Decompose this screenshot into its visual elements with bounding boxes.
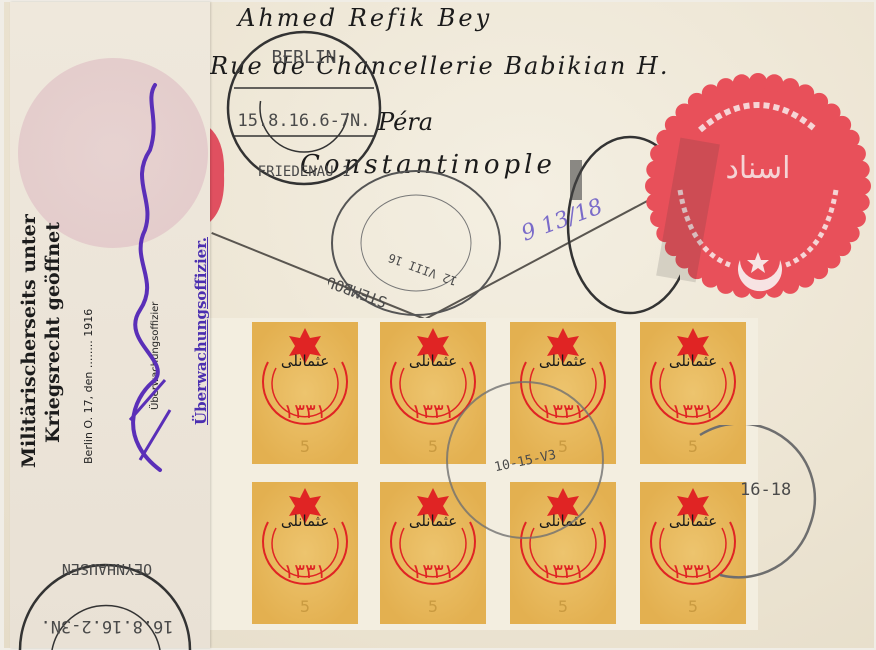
svg-text:عثمانلى: عثمانلى (669, 352, 717, 370)
svg-text:STEMBOUL: STEMBOUL (328, 270, 389, 312)
censor-signature (100, 80, 190, 480)
censor-heading-line1: Militärischerseits unter (18, 214, 40, 468)
censor-place-date: Berlin O. 17, den ........ 1916 (82, 309, 95, 464)
addressee-district: Péra (378, 108, 433, 136)
svg-text:5: 5 (300, 437, 310, 456)
stamp: عثمانلى١٣٣١5 (252, 322, 358, 464)
svg-text:5: 5 (300, 597, 310, 616)
svg-text:١٣٣١: ١٣٣١ (542, 559, 585, 583)
svg-text:عثمانلى: عثمانلى (281, 352, 329, 370)
censor-officer-stamp: Überwachungsoffizier. (192, 237, 210, 425)
svg-text:اسناد: اسناد (725, 151, 790, 186)
svg-text:عثمانلى: عثمانلى (409, 352, 457, 370)
svg-text:عثمانلى: عثمانلى (281, 512, 329, 530)
svg-text:15.8.16.6-7N.: 15.8.16.6-7N. (237, 111, 370, 131)
svg-text:5: 5 (428, 437, 438, 456)
svg-text:5: 5 (688, 597, 698, 616)
svg-text:BERLIN: BERLIN (271, 47, 336, 68)
postmark-over-stamps: 10-15-V3 (440, 375, 610, 545)
svg-text:عثمانلى: عثمانلى (539, 352, 587, 370)
svg-text:١٣٣١: ١٣٣١ (672, 399, 715, 423)
svg-text:5: 5 (428, 597, 438, 616)
svg-text:5: 5 (558, 597, 568, 616)
svg-text:16-18: 16-18 (740, 480, 791, 500)
svg-text:١٣٣١: ١٣٣١ (284, 559, 327, 583)
red-wax-seal: اسناد (640, 60, 872, 310)
svg-text:12 VIII 16: 12 VIII 16 (386, 250, 459, 288)
postmark-right: 16-18 (660, 425, 830, 585)
postmark-oeynhausen: OEYNHAUSEN 16.8.16.2-3N. (12, 540, 202, 650)
svg-text:OEYNHAUSEN: OEYNHAUSEN (62, 560, 152, 578)
postmark-stamboul: STEMBOUL 12 VIII 16 (328, 168, 504, 318)
svg-text:16.8.16.2-3N.: 16.8.16.2-3N. (40, 616, 173, 636)
censor-heading-line2: Kriegsrecht geöffnet (42, 222, 64, 443)
postmark-berlin: BERLIN 15.8.16.6-7N. FRIEDENAU 1 (222, 28, 386, 188)
stamp: عثمانلى١٣٣١5 (252, 482, 358, 624)
svg-text:10-15-V3: 10-15-V3 (493, 448, 557, 476)
svg-text:١٣٣١: ١٣٣١ (412, 559, 455, 583)
svg-text:١٣٣١: ١٣٣١ (284, 399, 327, 423)
